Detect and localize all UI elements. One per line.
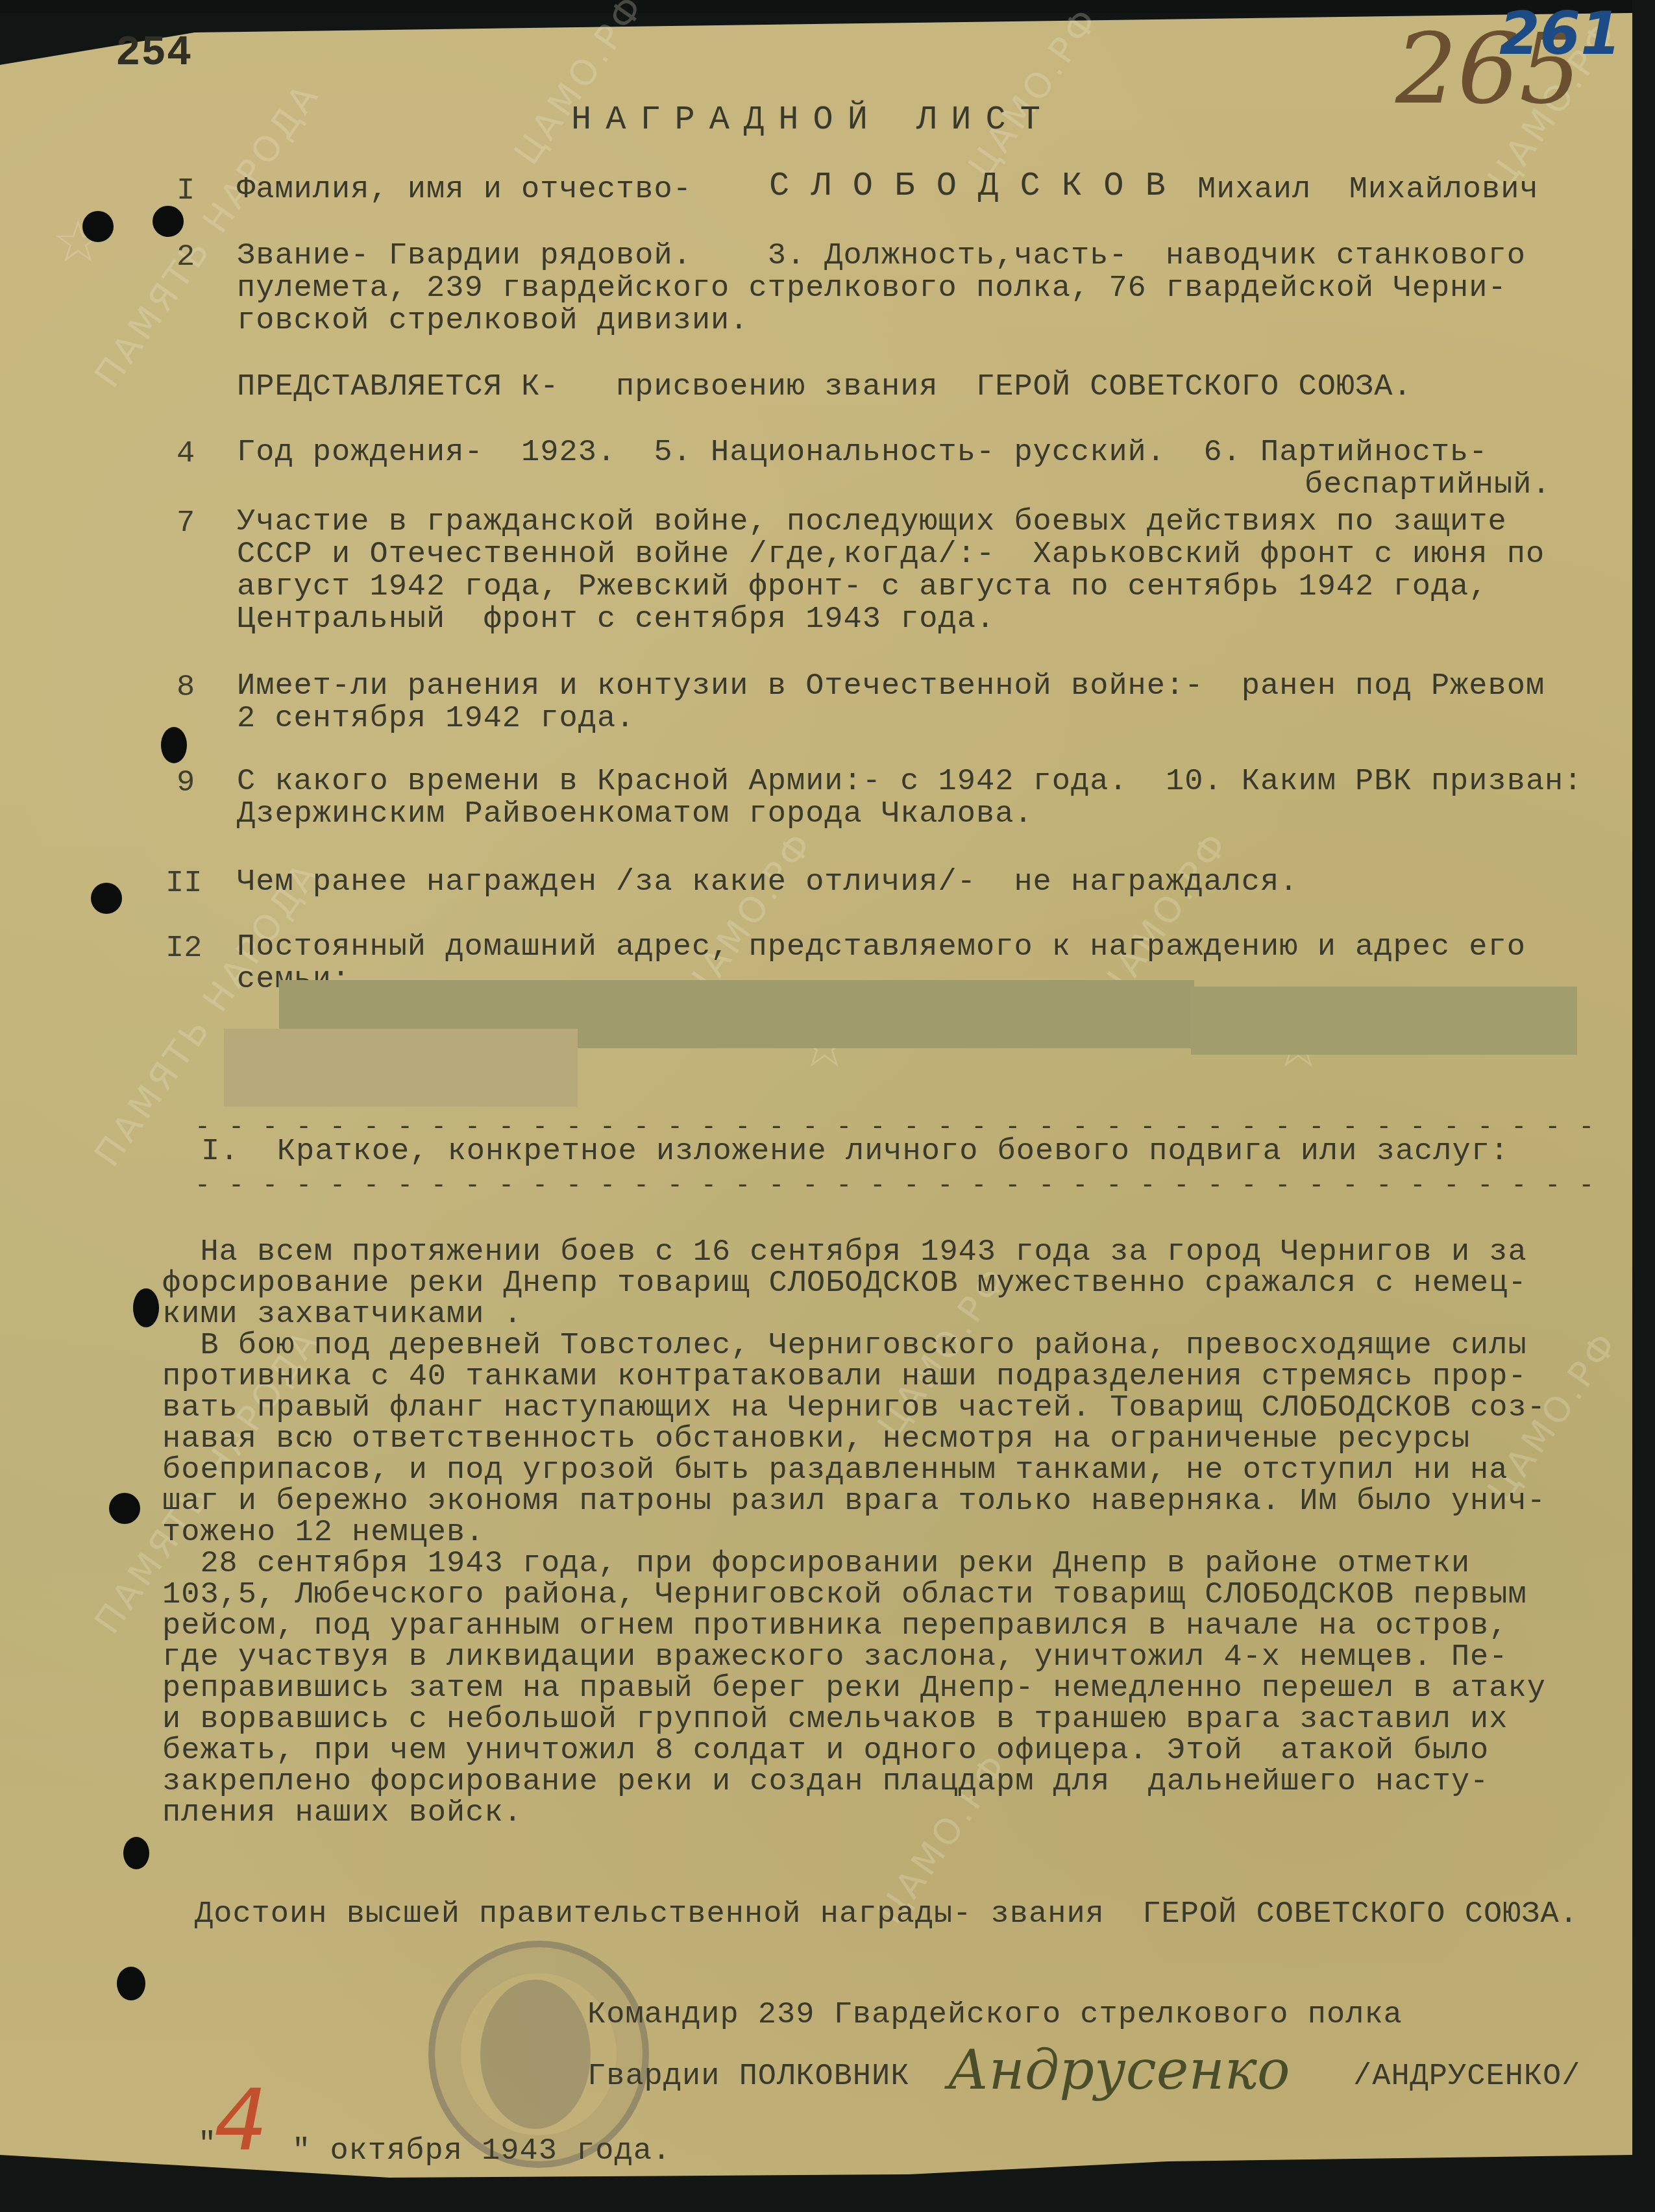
field-number: II xyxy=(165,866,202,901)
handwritten-signature: Андрусенко xyxy=(948,2038,1290,2102)
field-label-full-name: Фамилия, имя и отчество- xyxy=(237,174,692,206)
punch-hole xyxy=(161,727,187,763)
punch-hole xyxy=(123,1837,149,1869)
party-membership-value: беспартийный. xyxy=(1305,469,1551,502)
redacted-address-block xyxy=(224,1029,578,1107)
narrative-line: противника с 40 танками контратаковали н… xyxy=(162,1361,1527,1394)
narrative-line: вать правый фланг наступающих на Черниго… xyxy=(162,1392,1546,1425)
home-address-label: Постоянный домашний адрес, представляемо… xyxy=(237,931,1526,964)
narrative-line: форсирование реки Днепр товарищ СЛОБОДСК… xyxy=(162,1268,1527,1300)
narrative-line: боеприпасов, и под угрозой быть раздавле… xyxy=(162,1455,1508,1487)
field-number: I xyxy=(177,174,195,208)
handwritten-day: 4 xyxy=(214,2071,268,2169)
commander-rank: Гвардии ПОЛКОВНИК xyxy=(587,2061,909,2093)
narrative-line: и ворвавшись с небольшой группой смельча… xyxy=(162,1704,1508,1736)
field-number: 8 xyxy=(177,670,195,705)
narrative-line: шаг и бережно экономя патроны разил враг… xyxy=(162,1486,1546,1518)
narrative-line: 28 сентября 1943 года, при форсировании … xyxy=(162,1548,1470,1580)
handwritten-archive-number: 261 xyxy=(1499,0,1621,68)
narrative-line: тожено 12 немцев. xyxy=(162,1517,484,1549)
punch-hole xyxy=(153,206,184,237)
service-since-line: С какого времени в Красной Армии:- с 194… xyxy=(237,766,1583,798)
conclusion-line: Достоин высшей правительственной награды… xyxy=(195,1899,1578,1931)
field-number: I2 xyxy=(165,931,202,966)
narrative-line: В бою под деревней Товстолес, Черниговск… xyxy=(162,1330,1527,1362)
redacted-address-block xyxy=(1191,987,1577,1055)
nomination-line: ПРЕДСТАВЛЯЕТСЯ К- присвоению звания ГЕРО… xyxy=(237,371,1412,404)
narrative-line: навая всю ответственность обстановки, не… xyxy=(162,1423,1470,1456)
war-participation-line: август 1942 года, Ржевский фронт- с авгу… xyxy=(237,571,1488,604)
narrative-line: рейсом, под ураганным огнем противника п… xyxy=(162,1610,1508,1643)
narrative-line: реправившись затем на правый берег реки … xyxy=(162,1673,1546,1705)
wounds-line: Имеет-ли ранения и контузии в Отечествен… xyxy=(237,670,1545,703)
punch-hole xyxy=(117,1967,145,2000)
commander-position: Командир 239 Гвардейского стрелкового по… xyxy=(587,1999,1403,2032)
birth-nationality-party-line: Год рождения- 1923. 5. Национальность- р… xyxy=(237,437,1488,469)
rank-position-line: пулемета, 239 гвардейского стрелкового п… xyxy=(237,273,1507,305)
document-title: НАГРАДНОЙ ЛИСТ xyxy=(571,104,1055,136)
narrative-line: бежать, при чем уничтожил 8 солдат и одн… xyxy=(162,1735,1489,1767)
punch-hole xyxy=(91,883,122,914)
punch-hole xyxy=(109,1493,140,1524)
service-since-line: Дзержинским Райвоенкоматом города Чкалов… xyxy=(237,798,1033,831)
rank-position-line: Звание- Гвардии рядовой. 3. Должность,ча… xyxy=(237,240,1526,273)
typed-page-number: 254 xyxy=(116,38,192,70)
narrative-line: На всем протяжении боев с 16 сентября 19… xyxy=(162,1236,1527,1269)
scan-border-top xyxy=(0,0,1655,13)
field-number: 7 xyxy=(177,506,195,541)
wounds-line: 2 сентября 1942 года. xyxy=(237,703,635,735)
section-heading: I. Краткое, конкретное изложение личного… xyxy=(201,1136,1509,1168)
war-participation-line: СССР и Отечественной войне /где,когда/:-… xyxy=(237,539,1545,571)
previous-awards-line: Чем ранее награжден /за какие отличия/- … xyxy=(237,866,1298,899)
field-number: 9 xyxy=(177,766,195,800)
narrative-line: 103,5, Любечского района, Черниговской о… xyxy=(162,1579,1527,1612)
rank-position-line: говской стрелковой дивизии. xyxy=(237,305,749,338)
narrative-line: закреплено форсирование реки и создан пл… xyxy=(162,1766,1489,1799)
field-number: 2 xyxy=(177,240,195,275)
narrative-line: кими захватчиками . xyxy=(162,1299,522,1331)
war-participation-line: Центральный фронт с сентября 1943 года. xyxy=(237,604,995,636)
dashed-divider: - - - - - - - - - - - - - - - - - - - - … xyxy=(195,1172,1610,1201)
punch-hole xyxy=(133,1288,159,1327)
commander-name: /АНДРУСЕНКО/ xyxy=(1353,2061,1580,2093)
surname-value: С Л О Б О Д С К О В xyxy=(769,170,1166,203)
date-line: " октября 1943 года. xyxy=(292,2135,671,2168)
given-name-value: Михаил Михайлович xyxy=(1197,174,1539,206)
narrative-line: где участвуя в ликвидации вражеского зас… xyxy=(162,1641,1508,1674)
scan-border-right xyxy=(1632,0,1655,2212)
narrative-line: пления наших войск. xyxy=(162,1797,522,1830)
field-number: 4 xyxy=(177,437,195,471)
seal-emblem xyxy=(480,1980,591,2129)
war-participation-line: Участие в гражданской войне, последующих… xyxy=(237,506,1507,539)
punch-hole xyxy=(82,211,114,242)
